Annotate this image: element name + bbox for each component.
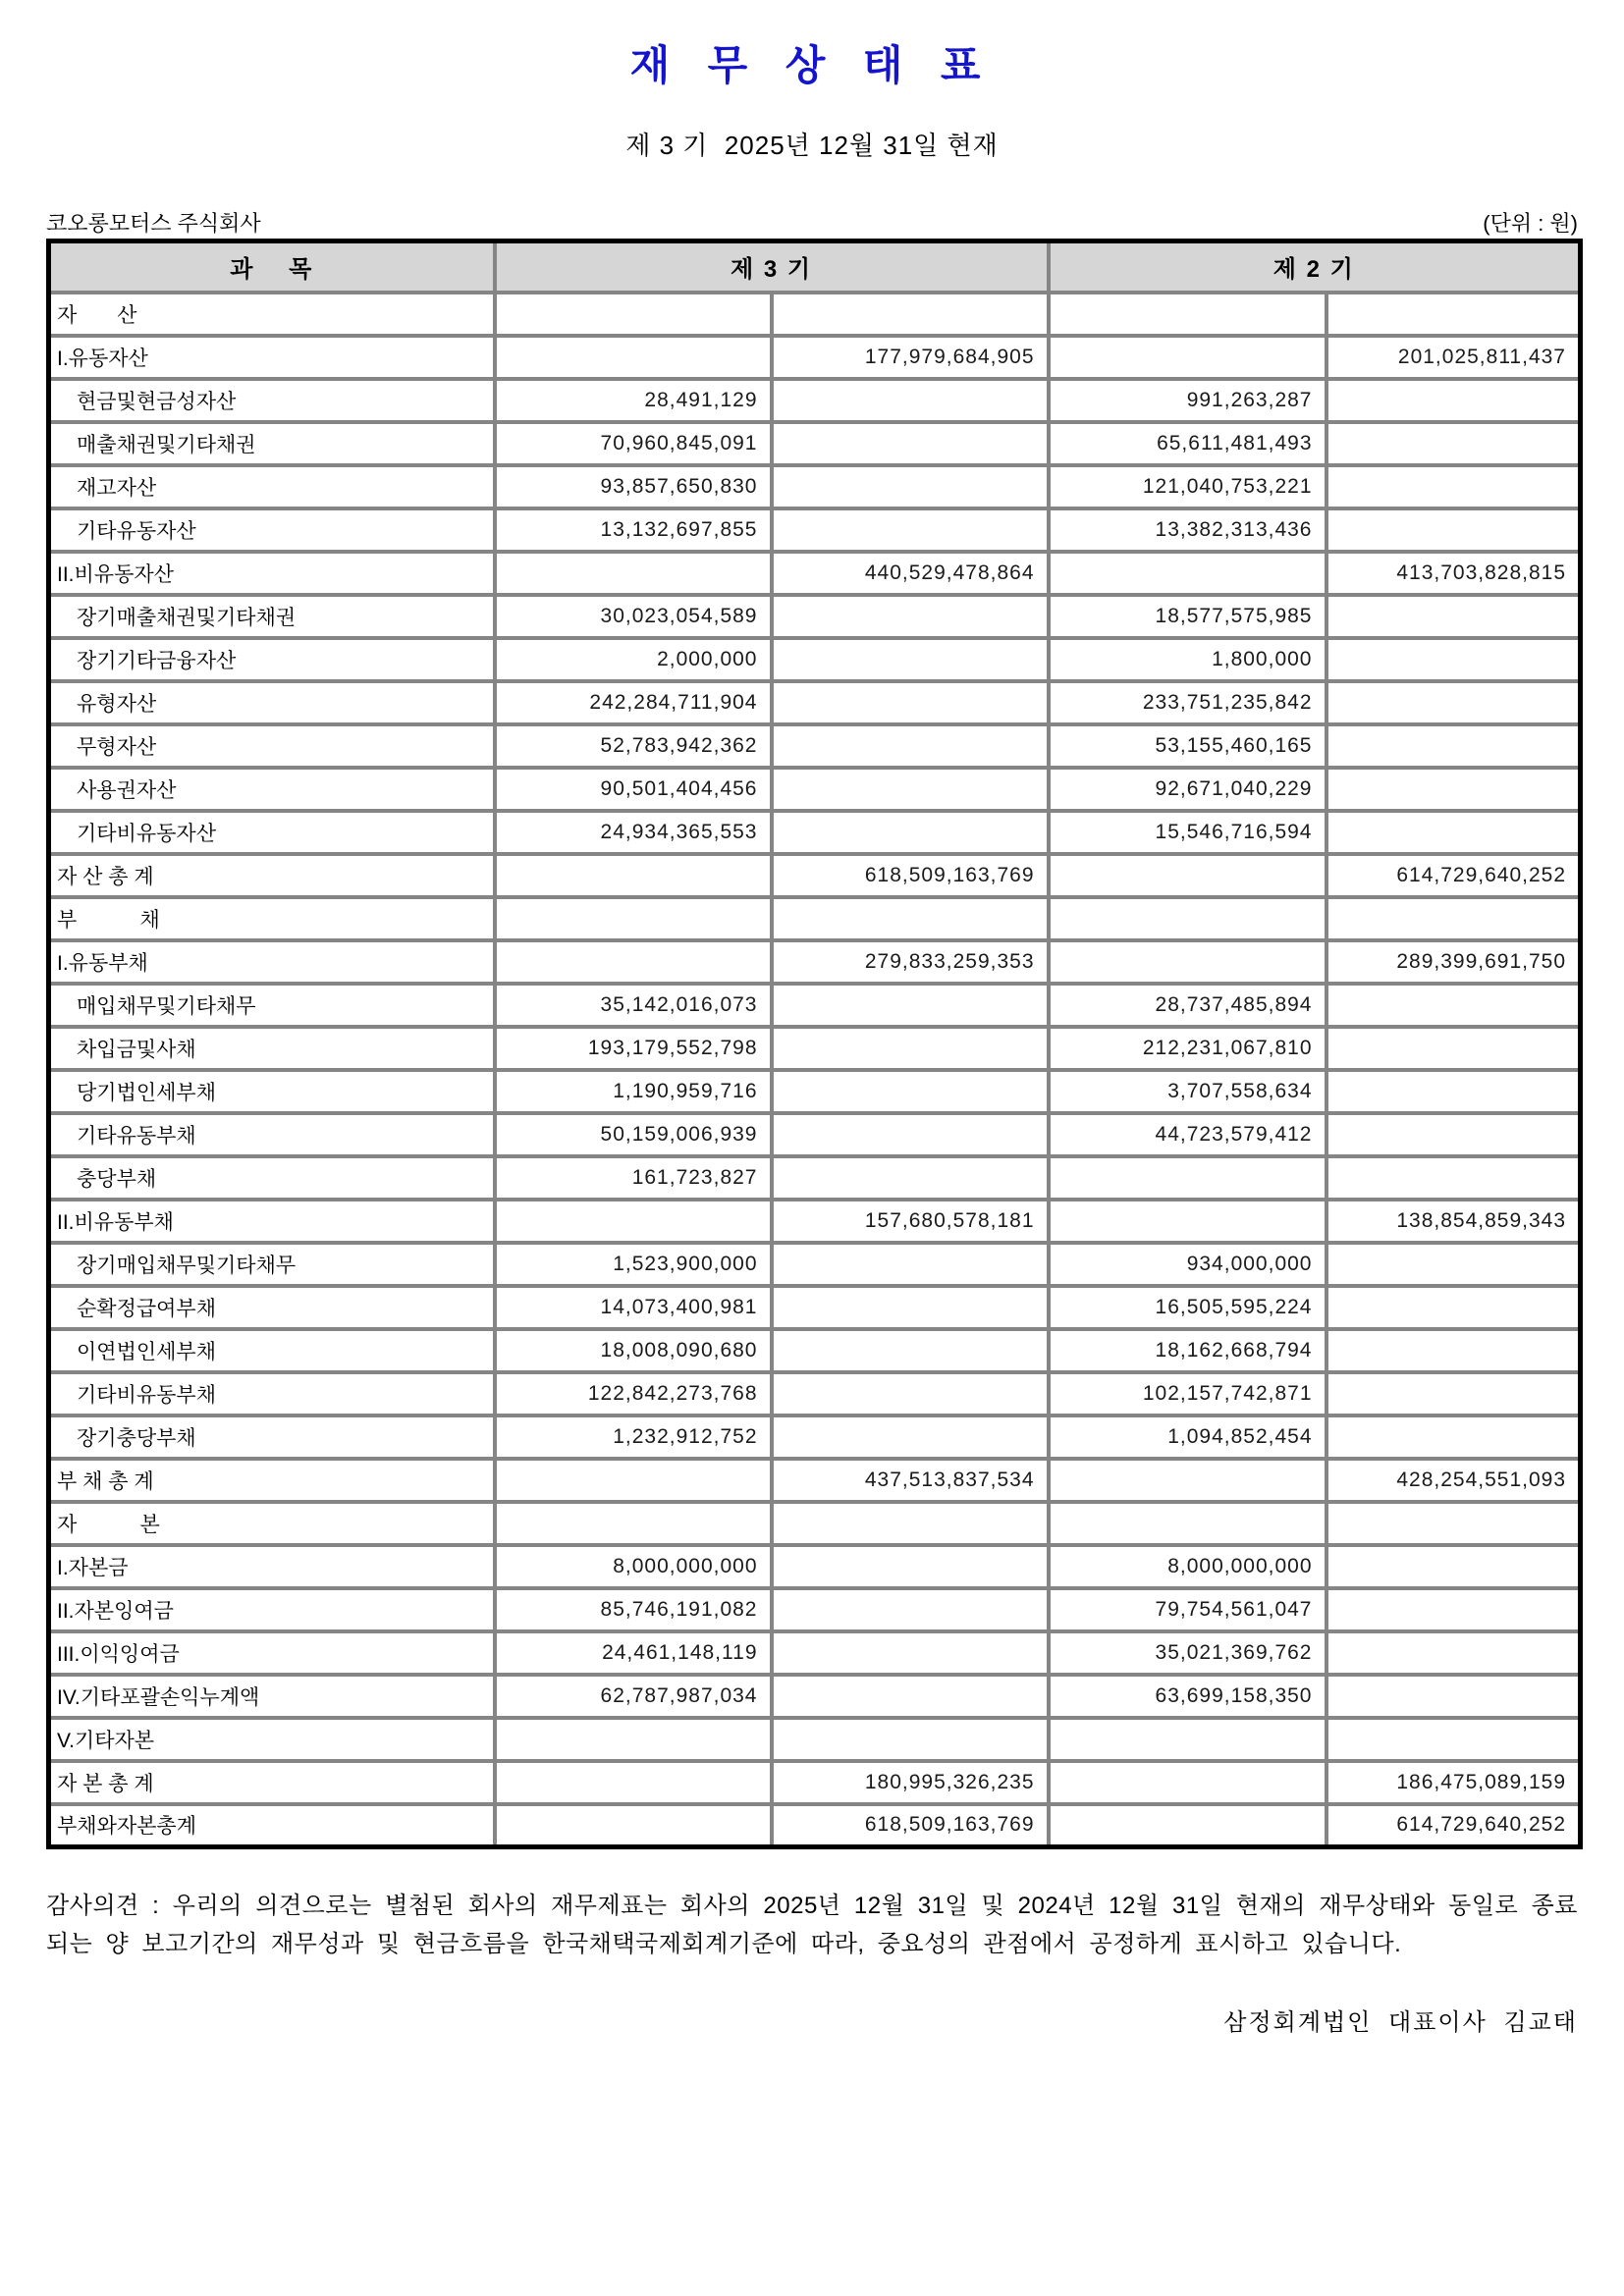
period3-detail-amount: 161,723,827 [495, 1156, 772, 1200]
period2-total-amount [1326, 1027, 1581, 1070]
period3-total-amount [772, 1718, 1049, 1761]
period3-detail-amount: 8,000,000,000 [495, 1545, 772, 1588]
period3-detail-amount [495, 897, 772, 940]
period3-total-amount [772, 1372, 1049, 1415]
period3-detail-amount: 1,232,912,752 [495, 1415, 772, 1459]
table-row: 부 채 총 계 437,513,837,534 428,254,551,093 [49, 1459, 1581, 1502]
table-row: 자 본 [49, 1502, 1581, 1545]
account-label: 기타비유동자산 [49, 811, 495, 854]
table-row: III.이익잉여금 24,461,148,119 35,021,369,762 [49, 1631, 1581, 1675]
period2-total-amount [1326, 768, 1581, 811]
period3-total-amount: 618,509,163,769 [772, 854, 1049, 897]
period3-total-amount [772, 811, 1049, 854]
table-row: 기타비유동자산 24,934,365,553 15,546,716,594 [49, 811, 1581, 854]
account-label: 부 채 [49, 897, 495, 940]
period3-total-amount [772, 508, 1049, 552]
period3-detail-amount: 90,501,404,456 [495, 768, 772, 811]
table-row: I.유동자산 177,979,684,905 201,025,811,437 [49, 336, 1581, 379]
period3-total-amount [772, 379, 1049, 422]
account-label: 충당부채 [49, 1156, 495, 1200]
period2-detail-amount: 13,382,313,436 [1049, 508, 1326, 552]
account-label: V.기타자본 [49, 1718, 495, 1761]
period2-detail-amount: 1,094,852,454 [1049, 1415, 1326, 1459]
period3-total-amount [772, 293, 1049, 336]
balance-sheet-body: 자 산 I.유동자산 177,979,684,905 201,025,811,4… [49, 293, 1581, 1847]
period2-total-amount [1326, 465, 1581, 508]
table-row: 매입채무및기타채무 35,142,016,073 28,737,485,894 [49, 984, 1581, 1027]
period3-total-amount [772, 595, 1049, 638]
period2-detail-amount: 18,577,575,985 [1049, 595, 1326, 638]
period3-detail-amount: 62,787,987,034 [495, 1675, 772, 1718]
period2-total-amount [1326, 1415, 1581, 1459]
account-label: 자 본 [49, 1502, 495, 1545]
table-row: 부채와자본총계 618,509,163,769 614,729,640,252 [49, 1804, 1581, 1847]
account-label: 현금및현금성자산 [49, 379, 495, 422]
period3-total-amount [772, 422, 1049, 465]
period2-total-amount [1326, 1718, 1581, 1761]
period3-detail-amount: 193,179,552,798 [495, 1027, 772, 1070]
period2-total-amount [1326, 1372, 1581, 1415]
period3-detail-amount: 52,783,942,362 [495, 724, 772, 768]
period2-total-amount [1326, 595, 1581, 638]
period2-detail-amount: 92,671,040,229 [1049, 768, 1326, 811]
period3-detail-amount: 1,190,959,716 [495, 1070, 772, 1113]
period3-detail-amount: 28,491,129 [495, 379, 772, 422]
period3-total-amount [772, 1243, 1049, 1286]
period3-total-amount [772, 1156, 1049, 1200]
period2-total-amount [1326, 1329, 1581, 1372]
period2-total-amount [1326, 1113, 1581, 1156]
period3-total-amount: 440,529,478,864 [772, 552, 1049, 595]
period3-detail-amount: 242,284,711,904 [495, 681, 772, 724]
period3-total-amount [772, 465, 1049, 508]
table-row: 장기기타금융자산 2,000,000 1,800,000 [49, 638, 1581, 681]
period2-detail-amount: 65,611,481,493 [1049, 422, 1326, 465]
account-label: IV.기타포괄손익누계액 [49, 1675, 495, 1718]
table-row: 사용권자산 90,501,404,456 92,671,040,229 [49, 768, 1581, 811]
table-row: 자 산 총 계 618,509,163,769 614,729,640,252 [49, 854, 1581, 897]
table-header-row: 과 목 제 3 기 제 2 기 [49, 241, 1581, 293]
period3-detail-amount [495, 854, 772, 897]
table-row: I.유동부채 279,833,259,353 289,399,691,750 [49, 940, 1581, 984]
account-label: I.유동자산 [49, 336, 495, 379]
period2-detail-amount [1049, 1502, 1326, 1545]
period3-total-amount [772, 1286, 1049, 1329]
period3-detail-amount: 93,857,650,830 [495, 465, 772, 508]
audit-opinion-text: 감사의견 : 우리의 의견으로는 별첨된 회사의 재무제표는 회사의 2025년… [46, 1887, 1578, 1963]
period3-total-amount [772, 1329, 1049, 1372]
table-row: 현금및현금성자산 28,491,129 991,263,287 [49, 379, 1581, 422]
table-row: 재고자산 93,857,650,830 121,040,753,221 [49, 465, 1581, 508]
period2-total-amount [1326, 422, 1581, 465]
account-label: 기타비유동부채 [49, 1372, 495, 1415]
table-row: 유형자산 242,284,711,904 233,751,235,842 [49, 681, 1581, 724]
table-row: II.비유동자산 440,529,478,864 413,703,828,815 [49, 552, 1581, 595]
period2-detail-amount [1049, 940, 1326, 984]
period2-total-amount [1326, 984, 1581, 1027]
period3-detail-amount [495, 1804, 772, 1847]
period3-total-amount [772, 681, 1049, 724]
account-label: 장기기타금융자산 [49, 638, 495, 681]
period3-total-amount: 177,979,684,905 [772, 336, 1049, 379]
table-row: 매출채권및기타채권 70,960,845,091 65,611,481,493 [49, 422, 1581, 465]
period2-total-amount [1326, 681, 1581, 724]
table-row: 기타유동자산 13,132,697,855 13,382,313,436 [49, 508, 1581, 552]
period2-total-amount [1326, 1070, 1581, 1113]
column-header-period2: 제 2 기 [1049, 241, 1581, 293]
account-label: 재고자산 [49, 465, 495, 508]
table-row: 부 채 [49, 897, 1581, 940]
period3-detail-amount: 85,746,191,082 [495, 1588, 772, 1631]
company-name: 코오롱모터스 주식회사 [46, 207, 261, 238]
period2-detail-amount: 8,000,000,000 [1049, 1545, 1326, 1588]
period2-detail-amount: 53,155,460,165 [1049, 724, 1326, 768]
period2-total-amount [1326, 1502, 1581, 1545]
period2-total-amount: 614,729,640,252 [1326, 854, 1581, 897]
period3-detail-amount [495, 1502, 772, 1545]
period2-detail-amount: 233,751,235,842 [1049, 681, 1326, 724]
period2-total-amount: 413,703,828,815 [1326, 552, 1581, 595]
period3-total-amount: 157,680,578,181 [772, 1200, 1049, 1243]
period3-detail-amount: 30,023,054,589 [495, 595, 772, 638]
unit-label: (단위 : 원) [1483, 207, 1578, 238]
account-label: 유형자산 [49, 681, 495, 724]
table-row: 기타유동부채 50,159,006,939 44,723,579,412 [49, 1113, 1581, 1156]
period3-total-amount: 437,513,837,534 [772, 1459, 1049, 1502]
period2-detail-amount [1049, 1459, 1326, 1502]
period2-detail-amount: 991,263,287 [1049, 379, 1326, 422]
account-label: II.비유동자산 [49, 552, 495, 595]
account-label: 부채와자본총계 [49, 1804, 495, 1847]
period3-detail-amount: 1,523,900,000 [495, 1243, 772, 1286]
account-label: 기타유동자산 [49, 508, 495, 552]
period3-total-amount [772, 1070, 1049, 1113]
period2-total-amount [1326, 293, 1581, 336]
account-label: I.자본금 [49, 1545, 495, 1588]
period2-detail-amount: 1,800,000 [1049, 638, 1326, 681]
period2-total-amount [1326, 379, 1581, 422]
period2-total-amount [1326, 1631, 1581, 1675]
account-label: 장기매출채권및기타채권 [49, 595, 495, 638]
period2-detail-amount: 212,231,067,810 [1049, 1027, 1326, 1070]
period2-total-amount [1326, 1156, 1581, 1200]
period2-total-amount: 614,729,640,252 [1326, 1804, 1581, 1847]
period2-detail-amount [1049, 1718, 1326, 1761]
account-label: 자 본 총 계 [49, 1761, 495, 1804]
period3-detail-amount: 24,461,148,119 [495, 1631, 772, 1675]
period2-detail-amount: 44,723,579,412 [1049, 1113, 1326, 1156]
table-row: II.비유동부채 157,680,578,181 138,854,859,343 [49, 1200, 1581, 1243]
period3-total-amount [772, 638, 1049, 681]
account-label: 기타유동부채 [49, 1113, 495, 1156]
period2-total-amount [1326, 508, 1581, 552]
account-label: 사용권자산 [49, 768, 495, 811]
auditor-signature: 삼정회계법인 대표이사 김교태 [46, 2002, 1578, 2037]
period2-detail-amount: 63,699,158,350 [1049, 1675, 1326, 1718]
period2-detail-amount [1049, 552, 1326, 595]
period3-detail-amount: 2,000,000 [495, 638, 772, 681]
period3-detail-amount [495, 940, 772, 984]
account-label: 장기충당부채 [49, 1415, 495, 1459]
period3-detail-amount [495, 552, 772, 595]
table-row: 자 산 [49, 293, 1581, 336]
period3-detail-amount [495, 293, 772, 336]
period2-detail-amount: 18,162,668,794 [1049, 1329, 1326, 1372]
period2-total-amount [1326, 1545, 1581, 1588]
account-label: 장기매입채무및기타채무 [49, 1243, 495, 1286]
account-label: 차입금및사채 [49, 1027, 495, 1070]
period3-total-amount [772, 768, 1049, 811]
period2-detail-amount: 102,157,742,871 [1049, 1372, 1326, 1415]
table-row: 장기매입채무및기타채무 1,523,900,000 934,000,000 [49, 1243, 1581, 1286]
period3-detail-amount: 35,142,016,073 [495, 984, 772, 1027]
period2-detail-amount [1049, 293, 1326, 336]
table-row: 순확정급여부채 14,073,400,981 16,505,595,224 [49, 1286, 1581, 1329]
table-row: 당기법인세부채 1,190,959,716 3,707,558,634 [49, 1070, 1581, 1113]
table-row: 기타비유동부채 122,842,273,768 102,157,742,871 [49, 1372, 1581, 1415]
column-header-period3: 제 3 기 [495, 241, 1049, 293]
period2-detail-amount [1049, 897, 1326, 940]
period2-detail-amount: 3,707,558,634 [1049, 1070, 1326, 1113]
period2-total-amount [1326, 724, 1581, 768]
table-row: I.자본금 8,000,000,000 8,000,000,000 [49, 1545, 1581, 1588]
period2-detail-amount [1049, 854, 1326, 897]
period3-total-amount [772, 1631, 1049, 1675]
column-header-item: 과 목 [49, 241, 495, 293]
balance-sheet-page: 재 무 상 태 표 제 3 기 2025년 12월 31일 현재 코오롱모터스 … [0, 0, 1624, 2296]
period2-detail-amount: 121,040,753,221 [1049, 465, 1326, 508]
table-row: 장기매출채권및기타채권 30,023,054,589 18,577,575,98… [49, 595, 1581, 638]
table-row: 장기충당부채 1,232,912,752 1,094,852,454 [49, 1415, 1581, 1459]
table-row: 무형자산 52,783,942,362 53,155,460,165 [49, 724, 1581, 768]
table-row: 자 본 총 계 180,995,326,235 186,475,089,159 [49, 1761, 1581, 1804]
period2-detail-amount: 15,546,716,594 [1049, 811, 1326, 854]
meta-row: 코오롱모터스 주식회사 (단위 : 원) [46, 207, 1578, 239]
period2-detail-amount [1049, 1200, 1326, 1243]
period3-detail-amount [495, 336, 772, 379]
period2-total-amount: 186,475,089,159 [1326, 1761, 1581, 1804]
period2-total-amount [1326, 897, 1581, 940]
period3-total-amount: 180,995,326,235 [772, 1761, 1049, 1804]
account-label: 자 산 총 계 [49, 854, 495, 897]
table-row: 이연법인세부채 18,008,090,680 18,162,668,794 [49, 1329, 1581, 1372]
period3-total-amount [772, 1545, 1049, 1588]
period2-total-amount [1326, 1286, 1581, 1329]
period3-total-amount [772, 897, 1049, 940]
period3-total-amount: 279,833,259,353 [772, 940, 1049, 984]
period3-detail-amount [495, 1761, 772, 1804]
table-row: 충당부채 161,723,827 [49, 1156, 1581, 1200]
account-label: II.비유동부채 [49, 1200, 495, 1243]
period2-detail-amount: 35,021,369,762 [1049, 1631, 1326, 1675]
account-label: 매입채무및기타채무 [49, 984, 495, 1027]
period2-total-amount: 289,399,691,750 [1326, 940, 1581, 984]
table-row: 차입금및사채 193,179,552,798 212,231,067,810 [49, 1027, 1581, 1070]
page-title: 재 무 상 태 표 [46, 33, 1578, 92]
period2-detail-amount: 934,000,000 [1049, 1243, 1326, 1286]
period3-detail-amount: 50,159,006,939 [495, 1113, 772, 1156]
period3-total-amount [772, 984, 1049, 1027]
account-label: 당기법인세부채 [49, 1070, 495, 1113]
period3-detail-amount [495, 1718, 772, 1761]
account-label: 순확정급여부채 [49, 1286, 495, 1329]
period3-total-amount [772, 1502, 1049, 1545]
period2-total-amount [1326, 638, 1581, 681]
period2-total-amount: 428,254,551,093 [1326, 1459, 1581, 1502]
period3-total-amount [772, 1027, 1049, 1070]
period3-detail-amount: 14,073,400,981 [495, 1286, 772, 1329]
period3-detail-amount [495, 1200, 772, 1243]
period3-detail-amount: 122,842,273,768 [495, 1372, 772, 1415]
period2-total-amount: 201,025,811,437 [1326, 336, 1581, 379]
period2-total-amount [1326, 1588, 1581, 1631]
account-label: II.자본잉여금 [49, 1588, 495, 1631]
period2-detail-amount: 28,737,485,894 [1049, 984, 1326, 1027]
period3-detail-amount: 70,960,845,091 [495, 422, 772, 465]
period2-detail-amount: 79,754,561,047 [1049, 1588, 1326, 1631]
period2-detail-amount [1049, 1804, 1326, 1847]
account-label: I.유동부채 [49, 940, 495, 984]
account-label: 이연법인세부채 [49, 1329, 495, 1372]
period3-detail-amount: 13,132,697,855 [495, 508, 772, 552]
period2-detail-amount: 16,505,595,224 [1049, 1286, 1326, 1329]
period2-total-amount [1326, 1675, 1581, 1718]
period2-total-amount [1326, 1243, 1581, 1286]
period2-detail-amount [1049, 1761, 1326, 1804]
balance-sheet-table: 과 목 제 3 기 제 2 기 자 산 I.유동자산 177,979,684,9… [46, 239, 1583, 1849]
table-row: V.기타자본 [49, 1718, 1581, 1761]
account-label: 매출채권및기타채권 [49, 422, 495, 465]
period2-detail-amount [1049, 1156, 1326, 1200]
account-label: III.이익잉여금 [49, 1631, 495, 1675]
table-row: II.자본잉여금 85,746,191,082 79,754,561,047 [49, 1588, 1581, 1631]
period3-detail-amount: 18,008,090,680 [495, 1329, 772, 1372]
report-period-subtitle: 제 3 기 2025년 12월 31일 현재 [46, 126, 1578, 162]
period3-total-amount [772, 1113, 1049, 1156]
table-row: IV.기타포괄손익누계액 62,787,987,034 63,699,158,3… [49, 1675, 1581, 1718]
period2-detail-amount [1049, 336, 1326, 379]
period3-total-amount [772, 724, 1049, 768]
period3-total-amount: 618,509,163,769 [772, 1804, 1049, 1847]
period2-total-amount: 138,854,859,343 [1326, 1200, 1581, 1243]
period2-total-amount [1326, 811, 1581, 854]
account-label: 무형자산 [49, 724, 495, 768]
period3-detail-amount: 24,934,365,553 [495, 811, 772, 854]
account-label: 부 채 총 계 [49, 1459, 495, 1502]
period3-total-amount [772, 1415, 1049, 1459]
period3-detail-amount [495, 1459, 772, 1502]
account-label: 자 산 [49, 293, 495, 336]
period3-total-amount [772, 1588, 1049, 1631]
period3-total-amount [772, 1675, 1049, 1718]
